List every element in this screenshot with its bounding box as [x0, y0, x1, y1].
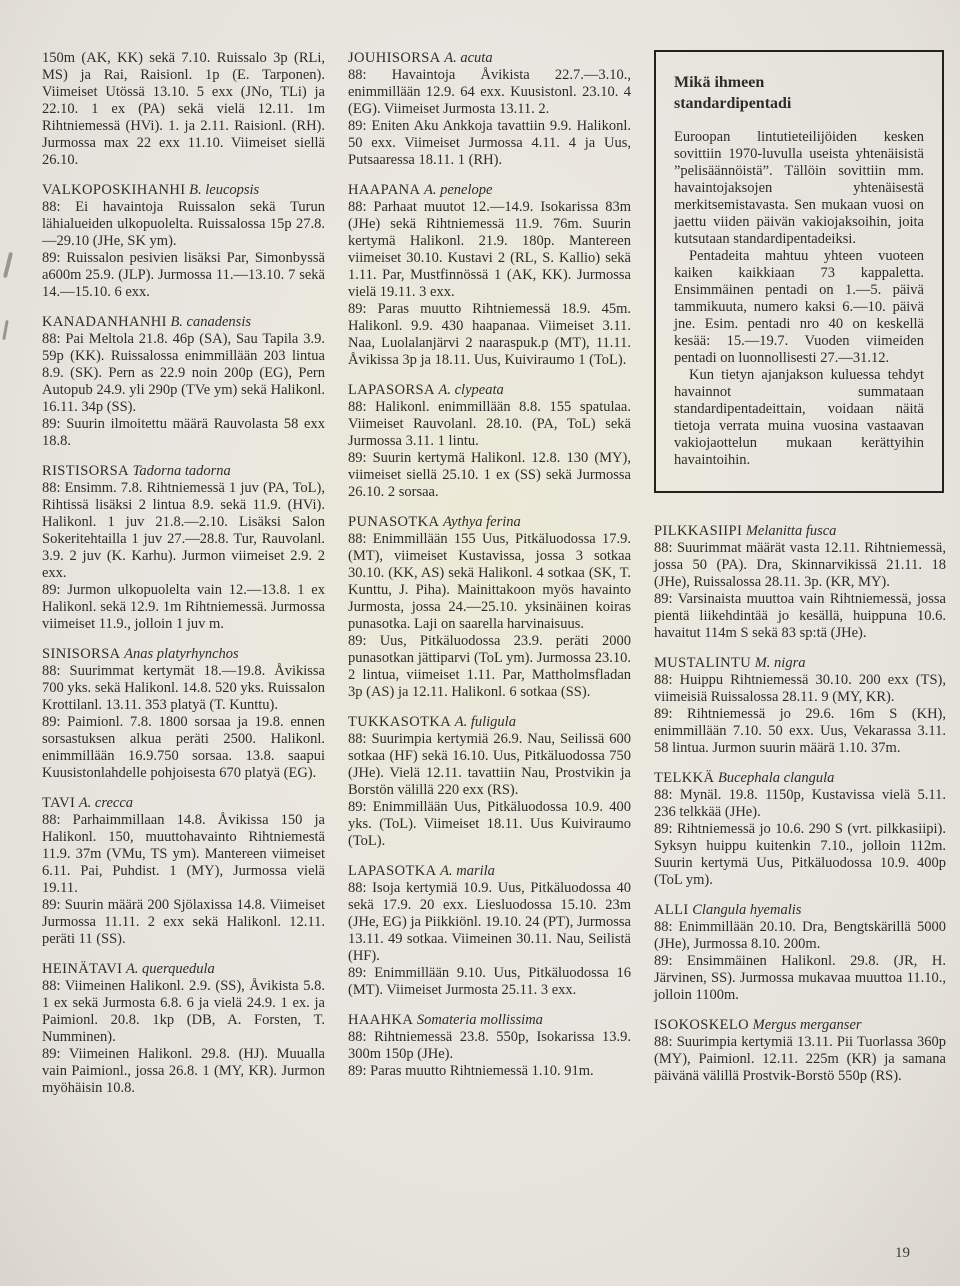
- record-paragraph: 89: Paras muutto Rihtniemessä 18.9. 45m.…: [348, 301, 631, 369]
- species-latin: Clangula hyemalis: [692, 902, 801, 918]
- species-name: HEINÄTAVI: [42, 961, 122, 977]
- species-name: LAPASOTKA: [348, 863, 436, 879]
- record-paragraph: 89: Viimeinen Halikonl. 29.8. (HJ). Muua…: [42, 1046, 325, 1097]
- info-box-paragraph: Pentadeita mahtuu yhteen vuoteen kaiken …: [674, 248, 924, 367]
- species-name: RISTISORSA: [42, 463, 129, 479]
- species-header: KANADANHANHI B. canadensis: [42, 314, 325, 331]
- species-entry: RISTISORSA Tadorna tadorna88: Ensimm. 7.…: [42, 463, 325, 633]
- species-header: HAAPANA A. penelope: [348, 182, 631, 199]
- species-name: TELKKÄ: [654, 770, 714, 786]
- record-paragraph: 88: Pai Meltola 21.8. 46p (SA), Sau Tapi…: [42, 331, 325, 416]
- info-box-title: Mikä ihmeen standardipentadi: [674, 72, 924, 114]
- species-name: HAAPANA: [348, 182, 420, 198]
- species-latin: A. penelope: [424, 182, 492, 198]
- species-name: TAVI: [42, 795, 75, 811]
- record-paragraph: 89: Rihtniemessä jo 10.6. 290 S (vrt. pi…: [654, 821, 946, 889]
- scan-artifact: [2, 320, 8, 340]
- journal-page: 150m (AK, KK) sekä 7.10. Ruissalo 3p (RL…: [0, 0, 960, 1286]
- species-header: HEINÄTAVI A. querquedula: [42, 961, 325, 978]
- record-paragraph: 89: Jurmon ulkopuolelta vain 12.—13.8. 1…: [42, 582, 325, 633]
- record-paragraph: 89: Eniten Aku Ankkoja tavattiin 9.9. Ha…: [348, 118, 631, 169]
- species-name: ISOKOSKELO: [654, 1017, 749, 1033]
- info-box: Mikä ihmeen standardipentadiEuroopan lin…: [654, 50, 944, 493]
- species-header: RISTISORSA Tadorna tadorna: [42, 463, 325, 480]
- record-paragraph: 88: Isoja kertymiä 10.9. Uus, Pitkäluodo…: [348, 880, 631, 965]
- record-paragraph: 89: Varsinaista muuttoa vain Rihtniemess…: [654, 591, 946, 642]
- record-paragraph: 89: Paras muutto Rihtniemessä 1.10. 91m.: [348, 1063, 631, 1080]
- record-paragraph: 88: Huippu Rihtniemessä 30.10. 200 exx (…: [654, 672, 946, 706]
- record-paragraph: 89: Uus, Pitkäluodossa 23.9. peräti 2000…: [348, 633, 631, 701]
- page-number: 19: [895, 1245, 910, 1262]
- species-latin: Bucephala clangula: [718, 770, 834, 786]
- species-latin: Anas platyrhynchos: [124, 646, 239, 662]
- record-paragraph: 88: Suurimmat kertymät 18.—19.8. Åvikiss…: [42, 663, 325, 714]
- species-header: ISOKOSKELO Mergus merganser: [654, 1017, 946, 1034]
- species-header: TUKKASOTKA A. fuligula: [348, 714, 631, 731]
- record-paragraph: 89: Enimmillään 9.10. Uus, Pitkäluodossa…: [348, 965, 631, 999]
- scan-artifact: [3, 252, 13, 278]
- species-entry: KANADANHANHI B. canadensis88: Pai Meltol…: [42, 314, 325, 450]
- species-name: MUSTALINTU: [654, 655, 751, 671]
- species-entry: HAAHKA Somateria mollissima88: Rihtnieme…: [348, 1012, 631, 1080]
- record-paragraph: 88: Ensimm. 7.8. Rihtniemessä 1 juv (PA,…: [42, 480, 325, 582]
- species-header: SINISORSA Anas platyrhynchos: [42, 646, 325, 663]
- species-header: PUNASOTKA Aythya ferina: [348, 514, 631, 531]
- continuation-entry: 150m (AK, KK) sekä 7.10. Ruissalo 3p (RL…: [42, 50, 325, 169]
- species-name: SINISORSA: [42, 646, 121, 662]
- record-paragraph: 88: Viimeinen Halikonl. 2.9. (SS), Åviki…: [42, 978, 325, 1046]
- species-name: LAPASORSA: [348, 382, 435, 398]
- species-latin: Tadorna tadorna: [133, 463, 231, 479]
- column-middle: JOUHISORSA A. acuta88: Havaintoja Åvikis…: [348, 50, 631, 1110]
- text-columns: 150m (AK, KK) sekä 7.10. Ruissalo 3p (RL…: [42, 50, 946, 1110]
- column-left: 150m (AK, KK) sekä 7.10. Ruissalo 3p (RL…: [42, 50, 325, 1110]
- species-entry: PUNASOTKA Aythya ferina88: Enimmillään 1…: [348, 514, 631, 701]
- species-name: VALKOPOSKIHANHI: [42, 182, 186, 198]
- species-entry: SINISORSA Anas platyrhynchos88: Suurimma…: [42, 646, 325, 782]
- record-paragraph: 88: Parhaat muutot 12.—14.9. Isokarissa …: [348, 199, 631, 301]
- species-entry: LAPASOTKA A. marila88: Isoja kertymiä 10…: [348, 863, 631, 999]
- species-entry: ISOKOSKELO Mergus merganser88: Suurimpia…: [654, 1017, 946, 1085]
- column-right: Mikä ihmeen standardipentadiEuroopan lin…: [654, 50, 946, 1110]
- record-paragraph: 89: Enimmillään Uus, Pitkäluodossa 10.9.…: [348, 799, 631, 850]
- record-paragraph: 88: Enimmillään 155 Uus, Pitkäluodossa 1…: [348, 531, 631, 633]
- species-latin: Mergus merganser: [753, 1017, 862, 1033]
- species-header: TELKKÄ Bucephala clangula: [654, 770, 946, 787]
- species-header: TAVI A. crecca: [42, 795, 325, 812]
- species-name: JOUHISORSA: [348, 50, 441, 66]
- species-latin: Somateria mollissima: [417, 1012, 543, 1028]
- record-paragraph: 89: Suurin ilmoitettu määrä Rauvolasta 5…: [42, 416, 325, 450]
- record-paragraph: 88: Havaintoja Åvikista 22.7.—3.10., eni…: [348, 67, 631, 118]
- species-entry: MUSTALINTU M. nigra88: Huippu Rihtniemes…: [654, 655, 946, 757]
- species-header: VALKOPOSKIHANHI B. leucopsis: [42, 182, 325, 199]
- species-latin: B. leucopsis: [189, 182, 259, 198]
- info-box-paragraph: Kun tietyn ajanjakson kuluessa tehdyt ha…: [674, 367, 924, 469]
- species-entry: PILKKASIIPI Melanitta fusca88: Suurimmat…: [654, 523, 946, 642]
- record-paragraph: 88: Halikonl. enimmillään 8.8. 155 spatu…: [348, 399, 631, 450]
- species-latin: A. crecca: [79, 795, 133, 811]
- species-latin: M. nigra: [755, 655, 806, 671]
- species-entry: TAVI A. crecca88: Parhaimmillaan 14.8. Å…: [42, 795, 325, 948]
- species-header: LAPASOTKA A. marila: [348, 863, 631, 880]
- record-paragraph: 88: Enimmillään 20.10. Dra, Bengtskärill…: [654, 919, 946, 953]
- species-header: JOUHISORSA A. acuta: [348, 50, 631, 67]
- species-entry: JOUHISORSA A. acuta88: Havaintoja Åvikis…: [348, 50, 631, 169]
- species-entry: HEINÄTAVI A. querquedula88: Viimeinen Ha…: [42, 961, 325, 1097]
- species-entry: TUKKASOTKA A. fuligula88: Suurimpia kert…: [348, 714, 631, 850]
- record-paragraph: 88: Parhaimmillaan 14.8. Åvikissa 150 ja…: [42, 812, 325, 897]
- species-name: PILKKASIIPI: [654, 523, 742, 539]
- record-paragraph: 88: Rihtniemessä 23.8. 550p, Isokarissa …: [348, 1029, 631, 1063]
- info-box-paragraph: Euroopan lintutieteilijöiden kesken sovi…: [674, 129, 924, 248]
- species-latin: A. clypeata: [439, 382, 504, 398]
- species-header: HAAHKA Somateria mollissima: [348, 1012, 631, 1029]
- species-header: PILKKASIIPI Melanitta fusca: [654, 523, 946, 540]
- species-entry: ALLI Clangula hyemalis88: Enimmillään 20…: [654, 902, 946, 1004]
- record-paragraph: 89: Suurin kertymä Halikonl. 12.8. 130 (…: [348, 450, 631, 501]
- species-latin: B. canadensis: [170, 314, 251, 330]
- record-paragraph: 88: Suurimpia kertymiä 13.11. Pii Tuorla…: [654, 1034, 946, 1085]
- species-entry: TELKKÄ Bucephala clangula88: Mynäl. 19.8…: [654, 770, 946, 889]
- species-header: MUSTALINTU M. nigra: [654, 655, 946, 672]
- record-paragraph: 88: Suurimpia kertymiä 26.9. Nau, Seilis…: [348, 731, 631, 799]
- record-paragraph: 89: Paimionl. 7.8. 1800 sorsaa ja 19.8. …: [42, 714, 325, 782]
- species-latin: A. fuligula: [455, 714, 516, 730]
- species-name: TUKKASOTKA: [348, 714, 451, 730]
- record-paragraph: 150m (AK, KK) sekä 7.10. Ruissalo 3p (RL…: [42, 50, 325, 169]
- species-entry: VALKOPOSKIHANHI B. leucopsis88: Ei havai…: [42, 182, 325, 301]
- record-paragraph: 88: Ei havaintoja Ruissalon sekä Turun l…: [42, 199, 325, 250]
- species-latin: A. querquedula: [126, 961, 215, 977]
- record-paragraph: 89: Ensimmäinen Halikonl. 29.8. (JR, H. …: [654, 953, 946, 1004]
- species-latin: A. marila: [440, 863, 495, 879]
- species-latin: Melanitta fusca: [746, 523, 837, 539]
- species-name: KANADANHANHI: [42, 314, 167, 330]
- species-header: LAPASORSA A. clypeata: [348, 382, 631, 399]
- record-paragraph: 89: Suurin määrä 200 Sjölaxissa 14.8. Vi…: [42, 897, 325, 948]
- record-paragraph: 89: Ruissalon pesivien lisäksi Par, Simo…: [42, 250, 325, 301]
- species-latin: A. acuta: [444, 50, 492, 66]
- species-entry: HAAPANA A. penelope88: Parhaat muutot 12…: [348, 182, 631, 369]
- species-entry: LAPASORSA A. clypeata88: Halikonl. enimm…: [348, 382, 631, 501]
- species-header: ALLI Clangula hyemalis: [654, 902, 946, 919]
- species-latin: Aythya ferina: [443, 514, 521, 530]
- record-paragraph: 89: Rihtniemessä jo 29.6. 16m S (KH), en…: [654, 706, 946, 757]
- species-name: PUNASOTKA: [348, 514, 439, 530]
- species-name: HAAHKA: [348, 1012, 413, 1028]
- species-name: ALLI: [654, 902, 689, 918]
- record-paragraph: 88: Suurimmat määrät vasta 12.11. Rihtni…: [654, 540, 946, 591]
- record-paragraph: 88: Mynäl. 19.8. 1150p, Kustavissa vielä…: [654, 787, 946, 821]
